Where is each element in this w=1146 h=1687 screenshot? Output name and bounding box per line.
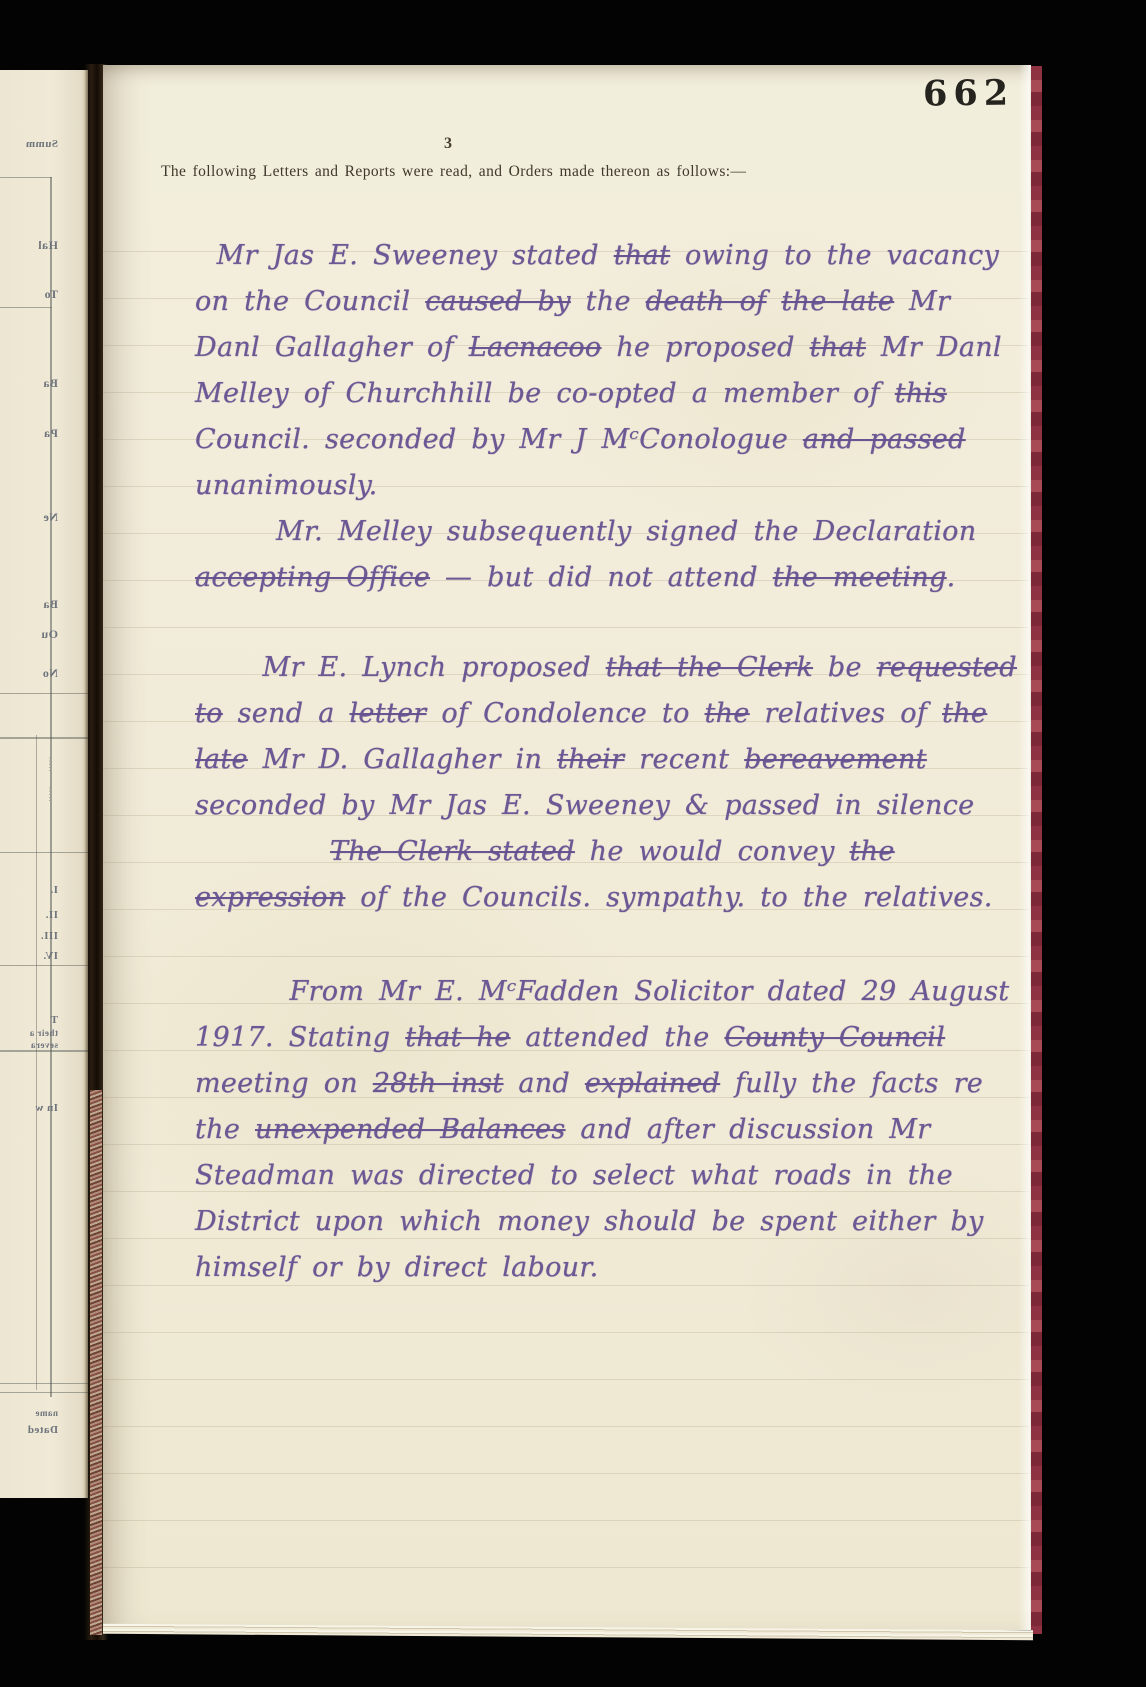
- handwritten-text: Mr Jas E. Sweeney stated: [217, 240, 614, 271]
- handwritten-crossed-words: death of: [646, 286, 767, 317]
- adjacent-page-text-fragment: T: [50, 1014, 58, 1026]
- adjacent-page-text-fragment: name: [35, 1408, 58, 1418]
- handwritten-text: and: [503, 1068, 584, 1099]
- handwritten-crossed-words: their: [557, 744, 624, 775]
- handwritten-crossed-words: that the Clerk: [606, 652, 813, 683]
- handwritten-text: send a: [223, 698, 350, 729]
- handwritten-text: of Condolence to: [426, 698, 704, 729]
- adjacent-page-text-fragment: In w: [35, 1102, 58, 1114]
- adjacent-page-text-fragment: Ne: [43, 510, 58, 525]
- handwritten-minutes: Mr Jas E. Sweeney stated that owing to t…: [195, 233, 1025, 1291]
- adjacent-page-text-fragment: II.: [45, 909, 58, 921]
- handwritten-crossed-words: County Council: [724, 1022, 945, 1053]
- handwritten-crossed-words: that: [614, 240, 670, 271]
- adjacent-page-text-fragment: Dated: [27, 1424, 58, 1436]
- printed-header-line: The following Letters and Reports were r…: [161, 163, 881, 181]
- handwritten-crossed-words: and passed: [803, 424, 966, 455]
- adjacent-page-text-fragment: Ba: [43, 376, 58, 391]
- adjacent-page-text-fragment: their a: [29, 1028, 58, 1038]
- minute-book-page: 662 3 The following Letters and Reports …: [103, 65, 1031, 1630]
- handwritten-paragraph: Mr. Melley subsequently signed the Decla…: [195, 509, 1025, 601]
- handwritten-crossed-words: the: [705, 698, 750, 729]
- handwritten-crossed-words: Lacnacoo: [469, 332, 602, 363]
- handwritten-text: relatives of: [750, 698, 942, 729]
- handwritten-text: meeting on: [195, 1068, 373, 1099]
- handwritten-text: [766, 286, 781, 317]
- handwritten-paragraph: The Clerk stated he would convey the exp…: [195, 829, 1025, 921]
- handwritten-crossed-words: the late: [781, 286, 894, 317]
- page-number-stamp: 662: [923, 73, 1014, 115]
- adjacent-page-text-fragment: I.: [50, 884, 58, 896]
- handwritten-crossed-words: 28th inst: [373, 1068, 504, 1099]
- handwritten-text: Mr D. Gallagher in: [248, 744, 557, 775]
- adjacent-page-text-fragment: Summ: [25, 138, 58, 150]
- handwritten-text: Mr E. Lynch proposed: [263, 652, 606, 683]
- printed-folio-number: 3: [433, 135, 463, 153]
- handwritten-crossed-words: this: [895, 378, 947, 409]
- handwritten-text: .: [947, 562, 956, 593]
- handwritten-text: recent: [624, 744, 744, 775]
- handwritten-text: the: [571, 286, 646, 317]
- handwritten-paragraph: From Mr E. MᶜFadden Solicitor dated 29 A…: [195, 969, 1025, 1291]
- handwritten-text: Mr. Melley subsequently signed the Decla…: [276, 516, 976, 547]
- handwritten-text: unanimously.: [195, 470, 378, 501]
- adjacent-page-text-layer: SummHalToBaPaNeBaOuNo··········I.II.III.…: [0, 70, 88, 1498]
- handwritten-crossed-words: The Clerk stated: [330, 836, 575, 867]
- adjacent-page-text-fragment: To: [44, 287, 58, 302]
- adjacent-page-text-fragment: ·····: [46, 757, 55, 773]
- adjacent-page-text-fragment: IV.: [43, 950, 58, 962]
- handwritten-crossed-words: explained: [585, 1068, 720, 1099]
- handwritten-text: he proposed: [601, 332, 809, 363]
- adjacent-page-text-fragment: severa: [31, 1040, 59, 1050]
- adjacent-page-text-fragment: Ba: [43, 597, 58, 612]
- handwritten-crossed-words: letter: [349, 698, 426, 729]
- handwritten-paragraph: Mr E. Lynch proposed that the Clerk be r…: [195, 645, 1025, 829]
- adjacent-page-text-fragment: III.: [40, 930, 58, 942]
- handwritten-text: be: [813, 652, 877, 683]
- adjacent-page-text-fragment: No: [42, 666, 58, 681]
- scanned-minute-book-spread: SummHalToBaPaNeBaOuNo··········I.II.III.…: [0, 0, 1146, 1687]
- adjacent-page-text-fragment: Ou: [41, 627, 58, 642]
- adjacent-page-edge: SummHalToBaPaNeBaOuNo··········I.II.III.…: [0, 70, 88, 1498]
- adjacent-page-text-fragment: Pa: [44, 426, 58, 441]
- handwritten-text: he would convey: [575, 836, 850, 867]
- handwritten-crossed-words: bereavement: [744, 744, 927, 775]
- handwritten-text: of the Councils. sympathy. to the relati…: [345, 882, 992, 913]
- handwritten-crossed-words: caused by: [425, 286, 571, 317]
- handwritten-paragraph: Mr Jas E. Sweeney stated that owing to t…: [195, 233, 1025, 509]
- page-fore-edge-highlight: [1019, 65, 1031, 1630]
- red-stained-page-edge: [1031, 66, 1042, 1634]
- handwritten-crossed-words: the meeting: [773, 562, 947, 593]
- adjacent-page-text-fragment: ·····: [46, 787, 55, 803]
- handwritten-crossed-words: that: [810, 332, 866, 363]
- handwritten-text: seconded by Mr Jas E. Sweeney & passed i…: [195, 790, 974, 821]
- handwritten-text: attended the: [511, 1022, 725, 1053]
- handwritten-crossed-words: accepting Office: [195, 562, 430, 593]
- handwritten-crossed-words: unexpended Balances: [255, 1114, 565, 1145]
- adjacent-page-text-fragment: Hal: [38, 238, 58, 253]
- stitched-page-stub-edge: [90, 1090, 102, 1635]
- handwritten-crossed-words: that he: [405, 1022, 510, 1053]
- handwritten-text: — but did not attend: [430, 562, 773, 593]
- handwritten-text: Council. seconded by Mr J MᶜConologue: [195, 424, 803, 455]
